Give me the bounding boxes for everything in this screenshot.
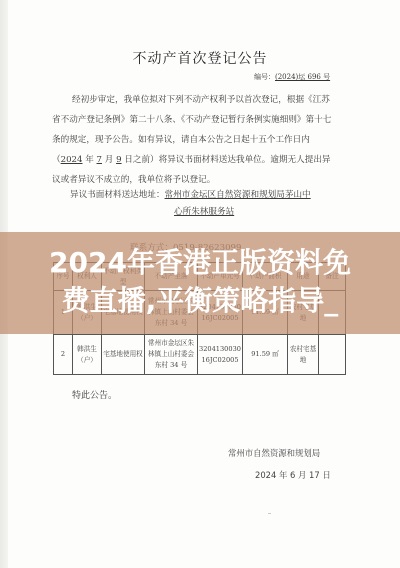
notice-paragraph: 经初步审定，我单位拟对下列不动产权利予以首次登记，根据《江苏省不动产登记条例》第… [52, 90, 334, 190]
cell-area: 91.59 ㎡ [243, 335, 288, 375]
objection-address: 异议书面材料送达地址：常州市金坛区自然资源和规划局茅山中 [70, 185, 340, 205]
cell-location: 常州市金坛区朱林镇上山村委会东村 34 号 [145, 335, 198, 375]
scan-speck [268, 513, 271, 514]
overlay-line-1: 2024年香港正版资料免 [0, 244, 400, 282]
cell-unit-no: 320413003016JC02005 [198, 335, 243, 375]
overlay-line-2: 费直播,平衡策略指导_ [0, 282, 400, 320]
deadline-year: 2024 [61, 155, 83, 165]
overlay-headline: 2024年香港正版资料免 费直播,平衡策略指导_ [0, 244, 400, 320]
signature-organization: 常州市自然资源和规划局 [228, 447, 320, 459]
document-number: 编号：(2024)坛 696 号 [254, 72, 330, 82]
paragraph-text: 月 [102, 155, 116, 165]
document-number-label: 编号： [254, 73, 275, 81]
cell-right-type: 宅基地使用权 [102, 335, 145, 375]
closing-text: 特此公告。 [72, 388, 117, 401]
cell-note [319, 335, 346, 375]
objection-address-value-cont: 心所朱林服务站 [174, 205, 234, 217]
table-row: 2 韩洪生（户） 宅基地使用权 常州市金坛区朱林镇上山村委会东村 34 号 32… [54, 335, 346, 375]
cell-owner: 韩洪生（户） [73, 335, 102, 375]
objection-address-label: 异议书面材料送达地址： [70, 190, 165, 200]
paragraph-text: 年 [82, 155, 96, 165]
objection-address-value: 常州市金坛区自然资源和规划局茅山中 [165, 190, 311, 200]
document-title: 不动产首次登记公告 [0, 48, 400, 68]
signature-date: 2024 年 6 月 17 日 [255, 469, 331, 481]
cell-use: 农村宅基地 [288, 335, 319, 375]
document-number-value: (2024)坛 696 号 [275, 73, 330, 81]
cell-no: 2 [54, 335, 73, 375]
